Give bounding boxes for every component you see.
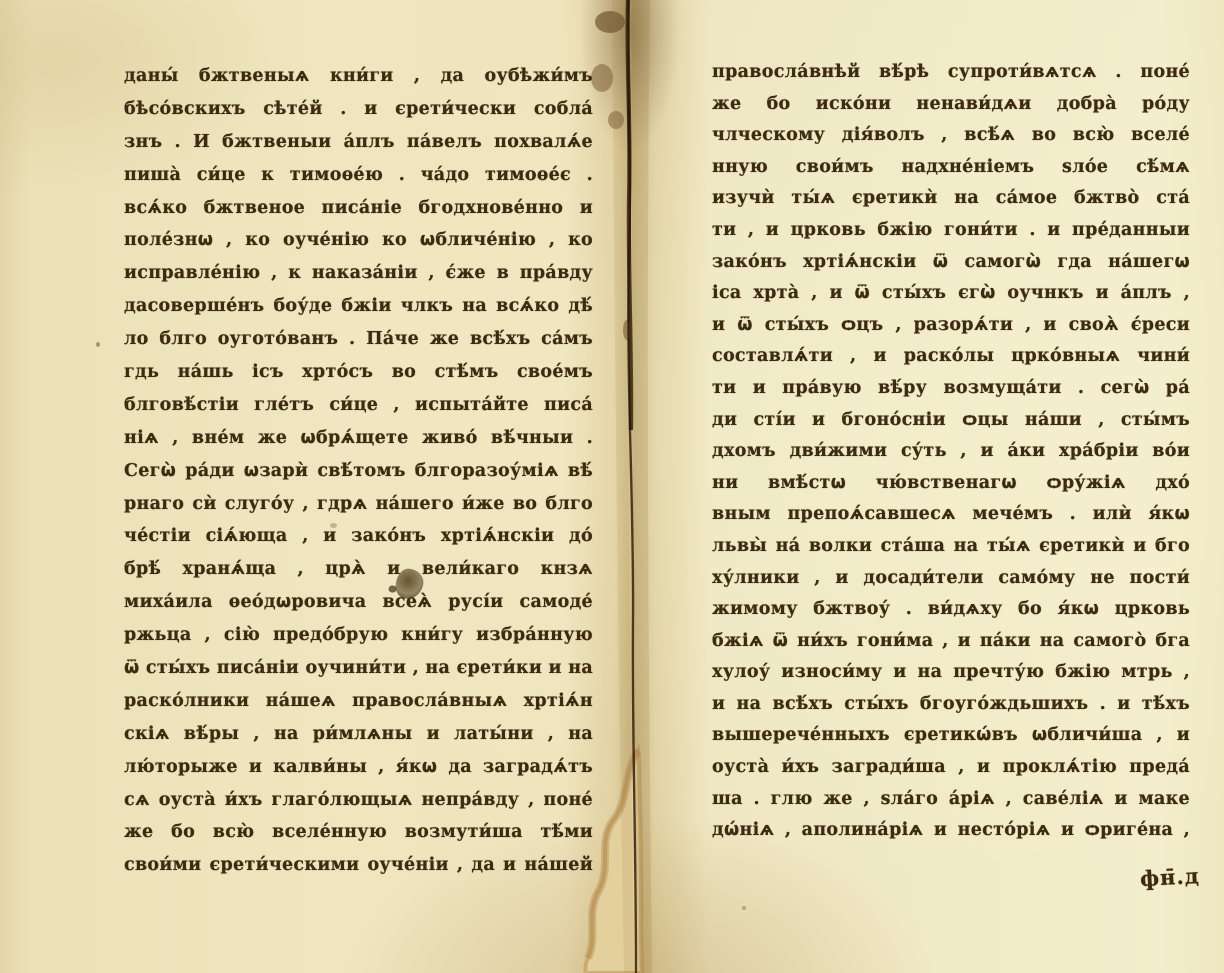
text-line: знъ . И бжтвеныи а́плъ па́велъ похвалѧ́е (124, 126, 593, 159)
text-line: и на всѣ́хъ сты́хъ бгоуго́ждьшихъ . и тѣ… (712, 689, 1190, 721)
book-spread: даны́ бжтвеныѧ кни́ги , да оубѣжи́мъбѣсо… (0, 0, 1224, 973)
text-line: че́стіи сіѧ́юща , и зако́нъ хртіѧ́нскіи … (124, 520, 593, 553)
text-line: раско́лники на́шеѧ правосла́вныѧ хртіѧ́н (124, 685, 593, 718)
text-line: дхомъ дви́жими су́ть , и а́ки хра́бріи в… (712, 436, 1190, 468)
text-line: львы̀ на́ волки ста́ша на ты́ѧ єретикѝ и… (712, 531, 1190, 563)
text-line: вным препоѧ́савшесѧ мече́мъ . илѝ я́кѡ (712, 499, 1190, 531)
text-line: зако́нъ хртіѧ́нскіи ѿ самогѡ̀ гда на́шег… (712, 247, 1190, 279)
text-line: лю́торыже и калви́ны , я́кѡ да заградѧ́т… (124, 751, 593, 784)
paper-speck (330, 523, 337, 528)
left-page-text: даны́ бжтвеныѧ кни́ги , да оубѣжи́мъбѣсо… (124, 60, 593, 882)
quire-signature: фн̄.д (1139, 862, 1220, 891)
paper-speck (742, 906, 746, 910)
text-line: ди сті́и и бгоно́сніи ѻцы на́ши , сты́мъ (712, 405, 1190, 437)
paper-speck (96, 342, 100, 347)
text-line: ша . глю же , ѕла́го а́ріѧ , саве́ліѧ и … (712, 784, 1190, 816)
text-line: оуста̀ и́хъ загради́ша , и проклѧ́тію пр… (712, 752, 1190, 784)
text-line: нную свои́мъ надхне́ніемъ ѕло́е сѣ́мѧ (712, 152, 1190, 184)
text-line: бжіѧ ѿ ни́хъ гони́ма , и па́ки на самого… (712, 626, 1190, 658)
text-line: дѡ́ніѧ , аполина́ріѧ и несто́ріѧ и ѻриге… (712, 815, 1190, 847)
text-line: же бо всю̀ вселе́нную возмути́ша тѣ́ми (124, 816, 593, 849)
text-line: блговѣ́стіи гле́тъ си́це , испыта́йте пи… (124, 389, 593, 422)
text-line: брѣ́ хранѧ́ща , црѧ̀ и вели́каго кнзѧ (124, 553, 593, 586)
text-line: свои́ми єрети́ческими оуче́ніи , да и на… (124, 849, 593, 882)
text-line: ху́лники , и досади́тели само́му не пост… (712, 563, 1190, 595)
text-line: ѿ сты́хъ писа́ніи оучини́ти , на єрети́к… (124, 652, 593, 685)
text-line: ти и пра́вую вѣ́ру возмуща́ти . сегѡ̀ ра… (712, 373, 1190, 405)
text-line: члческому дія́волъ , всѣ́ѧ во всю̀ вселе… (712, 120, 1190, 152)
text-line: Сегѡ̀ ра́ди ѡзарѝ свѣ́томъ блгоразоу́міѧ… (124, 455, 593, 488)
text-line: сѧ оуста̀ и́хъ глаго́лющыѧ непра́вду , п… (124, 784, 593, 817)
text-line: жимому бжтвоу́ . ви́дѧху бо я́кѡ црковь (712, 594, 1190, 626)
text-line: поле́знѡ , ко оуче́нію ко ѡбличе́нію , к… (124, 224, 593, 257)
text-line: хулоу́ износи́му и на пречту́ю бжію мтрь… (712, 657, 1190, 689)
text-line: пиша̀ си́це к тимоѳе́ю . ча́до тимоѳе́є … (124, 159, 593, 192)
book-gutter (572, 0, 722, 973)
text-line: ло блго оугото́ванъ . Па́че же всѣ́хъ са… (124, 323, 593, 356)
text-line: всѧ́ко бжтвеное писа́ніе бгодхнове́нно и (124, 192, 593, 225)
text-line: ти , и црковь бжію гони́ти . и пре́данны… (712, 215, 1190, 247)
torn-page-edge (586, 750, 643, 973)
text-line: изучѝ ты́ѧ єретикѝ на са́мое бжтво̀ ста́ (712, 183, 1190, 215)
text-line: ни вмѣ́стѡ чю́вственагѡ ѻру́жіѧ дхо́ (712, 468, 1190, 500)
text-line: рнаго сѝ слуго́у , гдрѧ на́шего и́же во … (124, 488, 593, 521)
text-line: бѣсо́вскихъ сѣте́й . и єрети́чески собла… (124, 93, 593, 126)
text-line: ніѧ , вне́м же ѡбрѧ́щете живо́ вѣ́чныи . (124, 422, 593, 455)
text-line: даны́ бжтвеныѧ кни́ги , да оубѣжи́мъ (124, 60, 593, 93)
text-line: исправле́нію , к наказа́ніи , є́же в пра… (124, 257, 593, 290)
text-line: ржьца , сію̀ предо́брую кни́гу избра́нну… (124, 619, 593, 652)
gutter-crease (628, 0, 636, 973)
text-line: и ѿ сты́хъ ѻцъ , разорѧ́ти , и своѧ̀ є́р… (712, 310, 1190, 342)
text-line: составлѧ́ти , и раско́лы црко́вныѧ чини́ (712, 341, 1190, 373)
right-page-text: правосла́внѣй вѣ́рѣ супроти́вѧтсѧ . поне… (712, 57, 1190, 847)
text-line: вышерече́нныхъ єретикѡ́въ ѡбличи́ша , и (712, 720, 1190, 752)
text-line: правосла́внѣй вѣ́рѣ супроти́вѧтсѧ . поне… (712, 57, 1190, 89)
text-line: миха́ила ѳео́дѡровича всеѧ̀ русі́и самод… (124, 586, 593, 619)
text-line: скіѧ вѣ́ры , на ри́млѧны и латы́ни , на (124, 718, 593, 751)
text-line: же бо иско́ни ненави́дѧи добра̀ ро́ду (712, 89, 1190, 121)
text-line: іса хрта̀ , и ѿ сты́хъ єгѡ̀ оучнкъ и а́п… (712, 278, 1190, 310)
text-line: гдь на́шь ісъ хрто́съ во стѣ́мъ свое́мъ (124, 356, 593, 389)
text-line: дасоверше́нъ боу́де бжіи члкъ на всѧ́ко … (124, 290, 593, 323)
